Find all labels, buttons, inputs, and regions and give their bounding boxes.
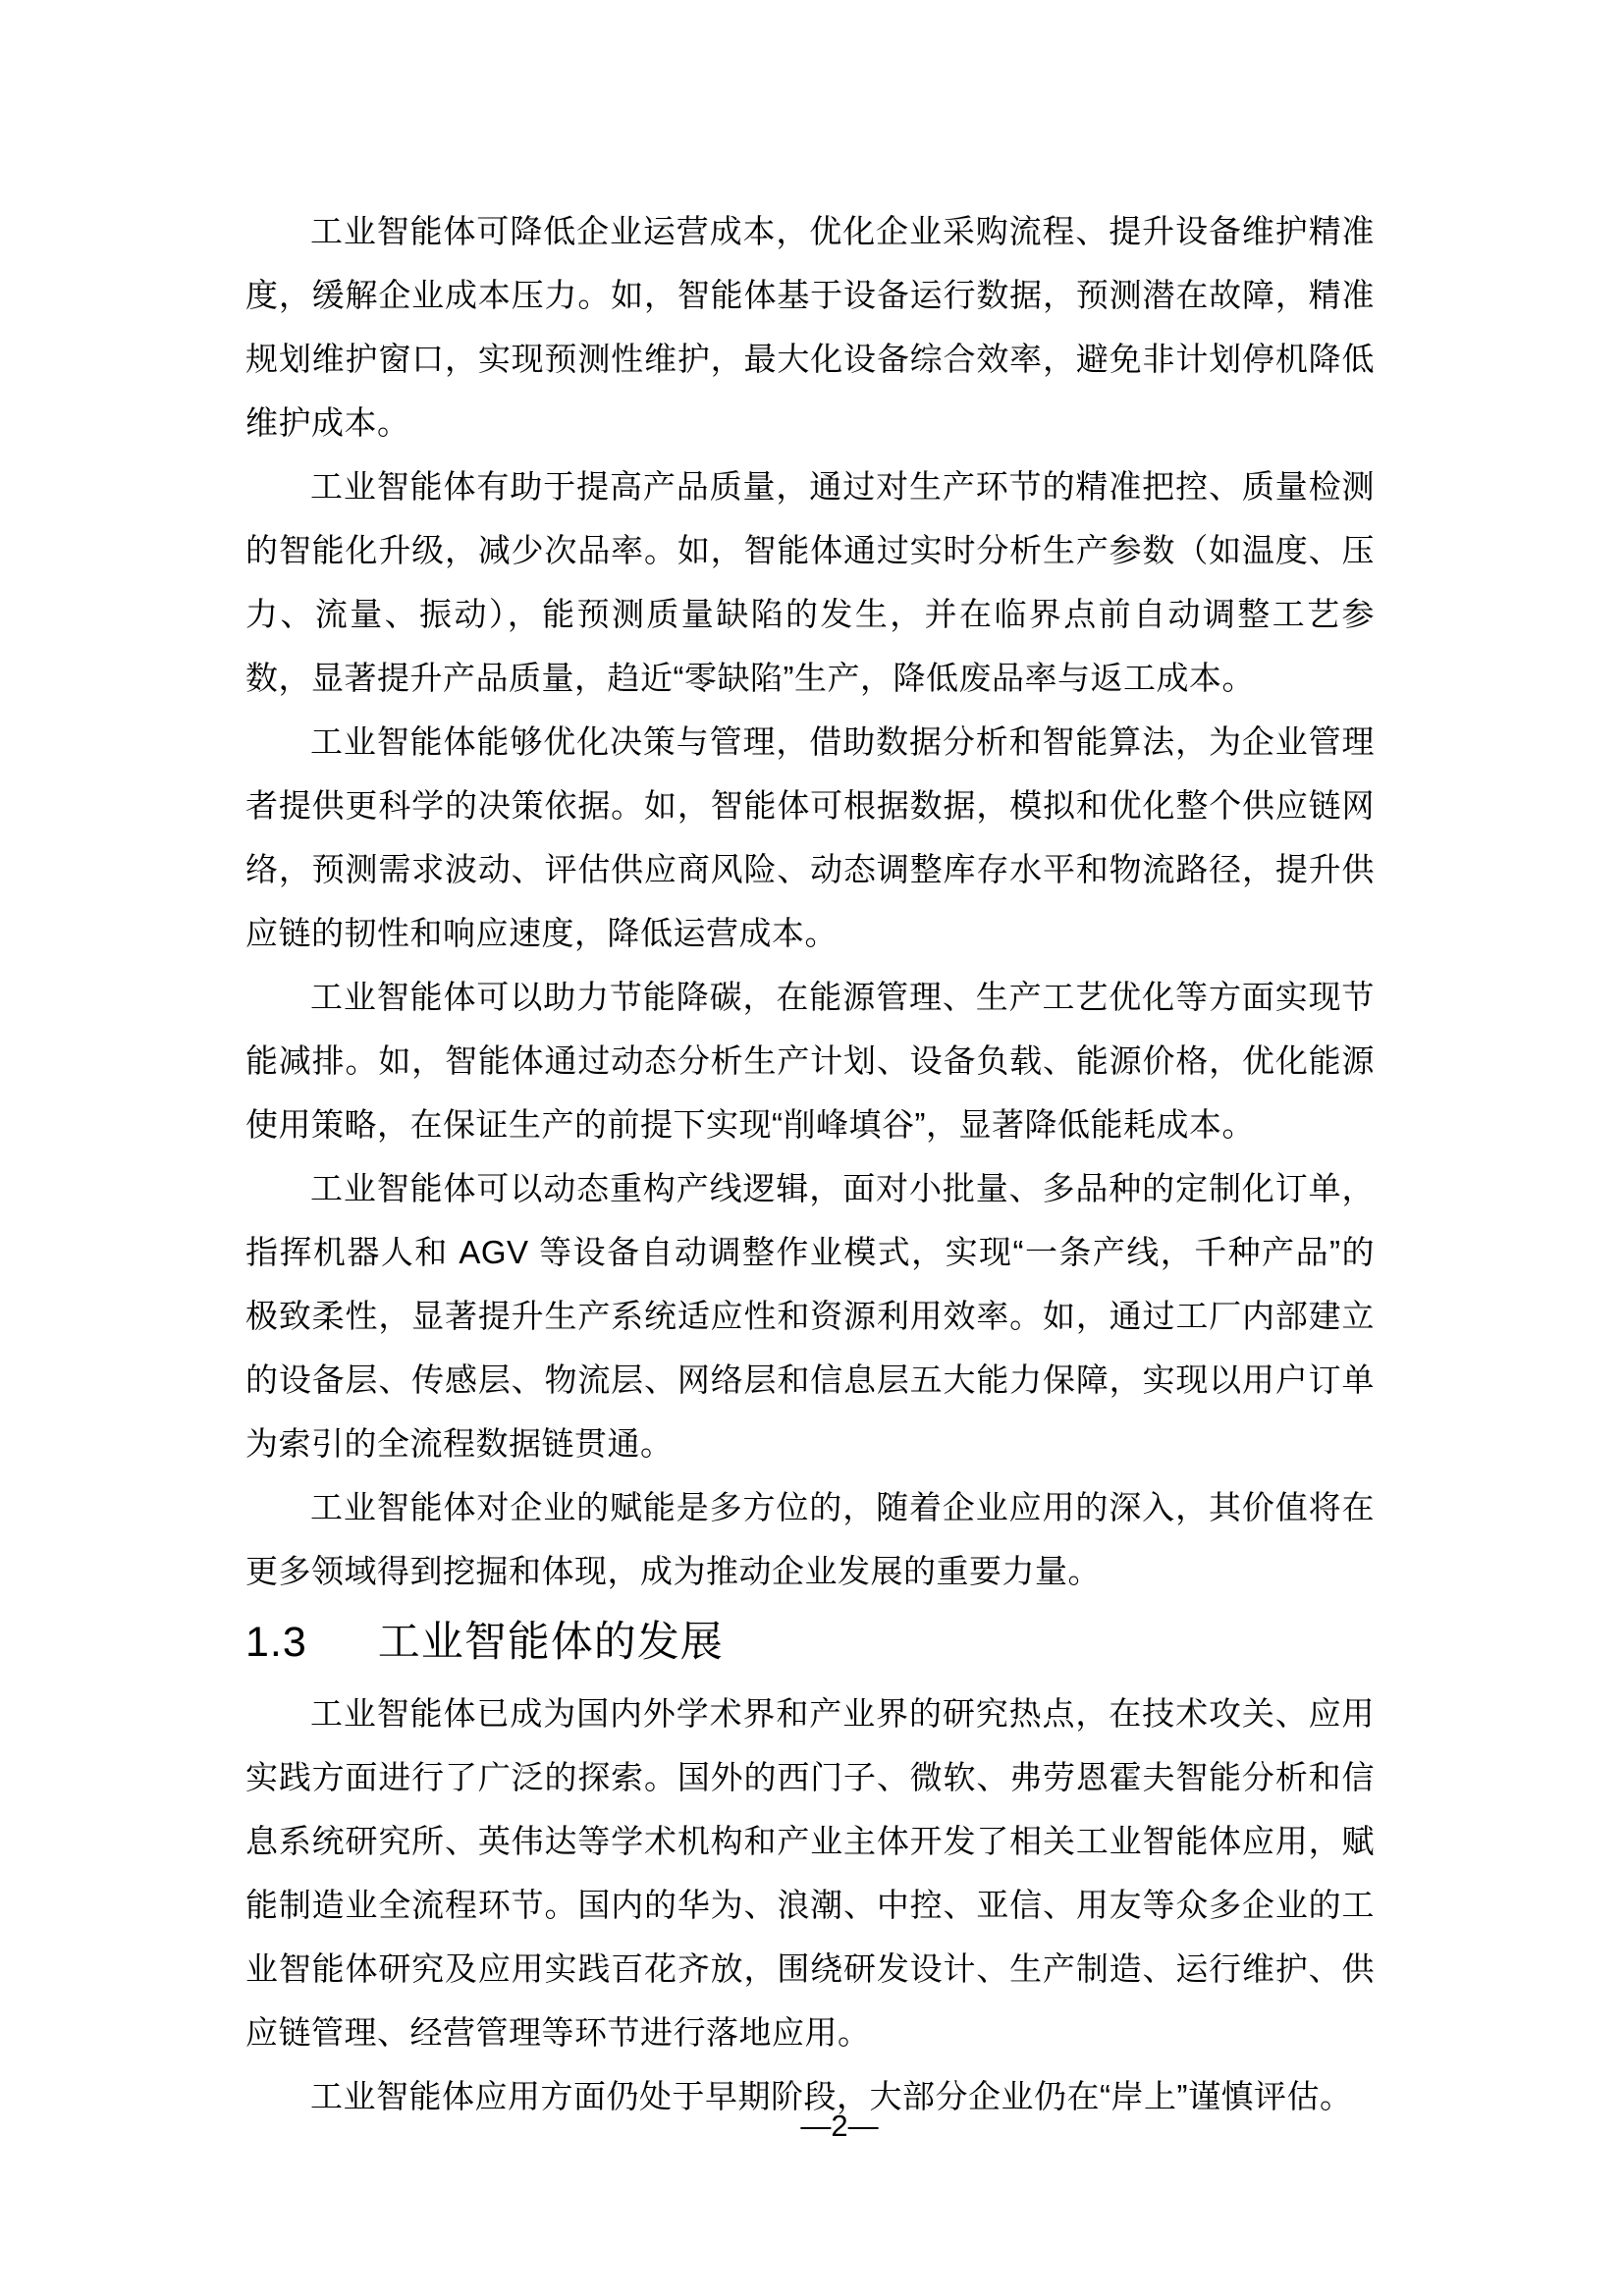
body-paragraph: 工业智能体可以动态重构产线逻辑，面对小批量、多品种的定制化订单，指挥机器人和 A… [245,1156,1375,1475]
section-number: 1.3 [245,1603,307,1682]
body-paragraph: 工业智能体可降低企业运营成本，优化企业采购流程、提升设备维护精准度，缓解企业成本… [245,199,1375,454]
body-paragraph: 工业智能体有助于提高产品质量，通过对生产环节的精准把控、质量检测的智能化升级，减… [245,454,1375,710]
body-paragraph: 工业智能体已成为国内外学术界和产业界的研究热点，在技术攻关、应用实践方面进行了广… [245,1682,1375,2064]
page-body: 工业智能体可降低企业运营成本，优化企业采购流程、提升设备维护精准度，缓解企业成本… [245,199,1375,2128]
body-paragraph: 工业智能体可以助力节能降碳，在能源管理、生产工艺优化等方面实现节能减排。如，智能… [245,965,1375,1156]
section-title: 工业智能体的发展 [378,1603,724,1682]
page-number: —2— [800,2109,878,2143]
body-paragraph: 工业智能体能够优化决策与管理，借助数据分析和智能算法，为企业管理者提供更科学的决… [245,710,1375,965]
section-heading: 1.3 工业智能体的发展 [245,1603,1375,1682]
body-paragraph: 工业智能体对企业的赋能是多方位的，随着企业应用的深入，其价值将在更多领域得到挖掘… [245,1475,1375,1603]
document-page: 工业智能体可降低企业运营成本，优化企业采购流程、提升设备维护精准度，缓解企业成本… [0,0,1624,2296]
page-footer: —2— [800,2107,878,2146]
